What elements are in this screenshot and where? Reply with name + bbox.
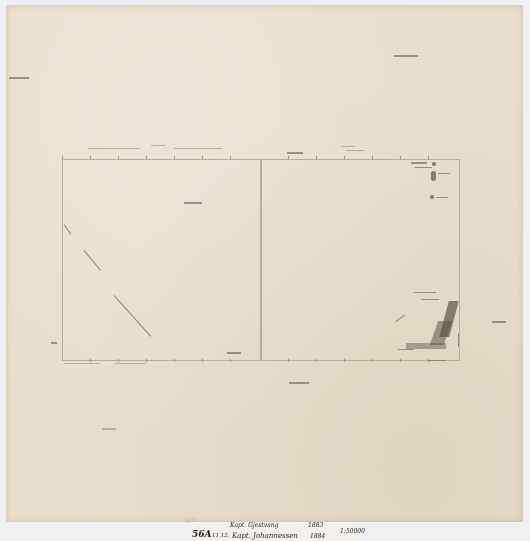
grid-tick xyxy=(118,156,119,159)
grid-tick xyxy=(174,156,175,159)
grid-tick xyxy=(62,156,63,159)
header-label xyxy=(341,146,355,147)
place-label xyxy=(421,299,439,300)
grid-tick xyxy=(118,359,119,362)
grid-tick xyxy=(316,359,317,362)
surveyor-1883: Kapt. Gjestvang xyxy=(230,522,279,529)
handwritten-annotation: Kapt. Gjestvang 1883 56A 11,12. Kapt. Jo… xyxy=(190,522,358,541)
grid-tick xyxy=(202,359,203,362)
place-label xyxy=(458,333,459,347)
grid-tick xyxy=(90,359,91,362)
grid-tick xyxy=(230,156,231,159)
grid-tick xyxy=(288,359,289,362)
footer-label xyxy=(114,363,146,364)
grid-tick xyxy=(372,359,373,362)
place-label xyxy=(394,55,418,57)
place-label xyxy=(227,352,241,354)
place-label xyxy=(289,382,309,384)
grid-tick xyxy=(230,359,231,362)
island xyxy=(431,171,436,181)
place-label xyxy=(411,162,427,164)
sheet-number: 56A xyxy=(192,530,212,540)
header-label xyxy=(151,145,165,146)
place-label xyxy=(428,360,446,361)
grid-tick xyxy=(174,359,175,362)
grid-tick xyxy=(428,156,429,159)
grid-tick xyxy=(316,156,317,159)
place-label xyxy=(398,349,414,350)
grid-tick xyxy=(344,359,345,362)
grid-tick xyxy=(146,156,147,159)
grid-tick xyxy=(288,156,289,159)
place-label xyxy=(436,197,448,198)
grid-tick xyxy=(400,359,401,362)
place-label xyxy=(492,321,506,323)
header-label xyxy=(88,148,140,149)
island xyxy=(430,195,434,199)
map-sheet xyxy=(6,5,523,522)
place-label xyxy=(102,428,116,430)
footer-label xyxy=(64,363,100,364)
map-frame-right xyxy=(260,159,460,361)
year-1883: 1883 xyxy=(308,522,323,529)
place-label xyxy=(51,342,57,344)
island xyxy=(432,162,436,166)
header-label xyxy=(346,150,364,151)
place-label xyxy=(414,292,436,293)
place-label xyxy=(287,152,303,154)
grid-tick xyxy=(344,156,345,159)
header-label xyxy=(174,148,222,149)
surveyor-1884: Kapt. Johannessen xyxy=(232,532,298,540)
grid-tick xyxy=(400,156,401,159)
place-label xyxy=(184,202,202,204)
grid-tick xyxy=(90,156,91,159)
grid-tick xyxy=(372,156,373,159)
place-label xyxy=(414,167,432,168)
grid-tick xyxy=(146,359,147,362)
year-1884: 1884 xyxy=(310,533,325,540)
grid-tick xyxy=(202,156,203,159)
scale-label: 1:50000 xyxy=(340,528,365,535)
place-label xyxy=(9,77,29,79)
sheet-sub: 11,12. xyxy=(212,533,230,539)
place-label xyxy=(438,173,450,174)
